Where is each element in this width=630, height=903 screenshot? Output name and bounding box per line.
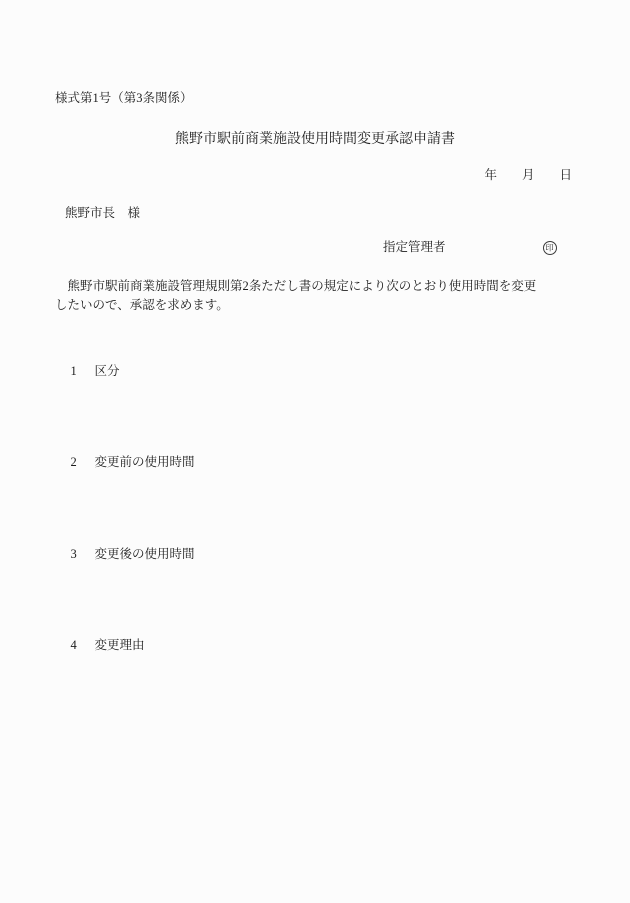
- form-item: 3変更後の使用時間: [58, 532, 195, 577]
- date-line: 年 月 日: [484, 168, 572, 183]
- form-item-number: 3: [71, 547, 95, 562]
- seal-stamp-icon: 印: [543, 241, 557, 255]
- form-item: 1区分: [58, 349, 120, 394]
- form-item-label: 変更前の使用時間: [95, 455, 195, 469]
- form-item-label: 変更後の使用時間: [95, 547, 195, 561]
- document-title: 熊野市駅前商業施設使用時間変更承認申請書: [0, 132, 630, 149]
- applicant-label: 指定管理者: [383, 240, 446, 255]
- form-item: 2変更前の使用時間: [58, 440, 195, 485]
- addressee: 熊野市長 様: [65, 206, 140, 221]
- document-page: 様式第1号（第3条関係） 熊野市駅前商業施設使用時間変更承認申請書 年 月 日 …: [0, 0, 630, 903]
- form-item-number: 1: [71, 364, 95, 379]
- form-item-number: 4: [71, 638, 95, 653]
- form-item-label: 変更理由: [95, 638, 145, 652]
- body-paragraph: 熊野市駅前商業施設管理規則第2条ただし書の規定により次のとおり使用時間を変更 し…: [55, 277, 577, 314]
- seal-text: 印: [546, 244, 554, 252]
- form-item-label: 区分: [95, 364, 120, 378]
- form-number: 様式第1号（第3条関係）: [55, 91, 193, 106]
- form-item-number: 2: [71, 455, 95, 470]
- form-item: 4変更理由: [58, 623, 145, 668]
